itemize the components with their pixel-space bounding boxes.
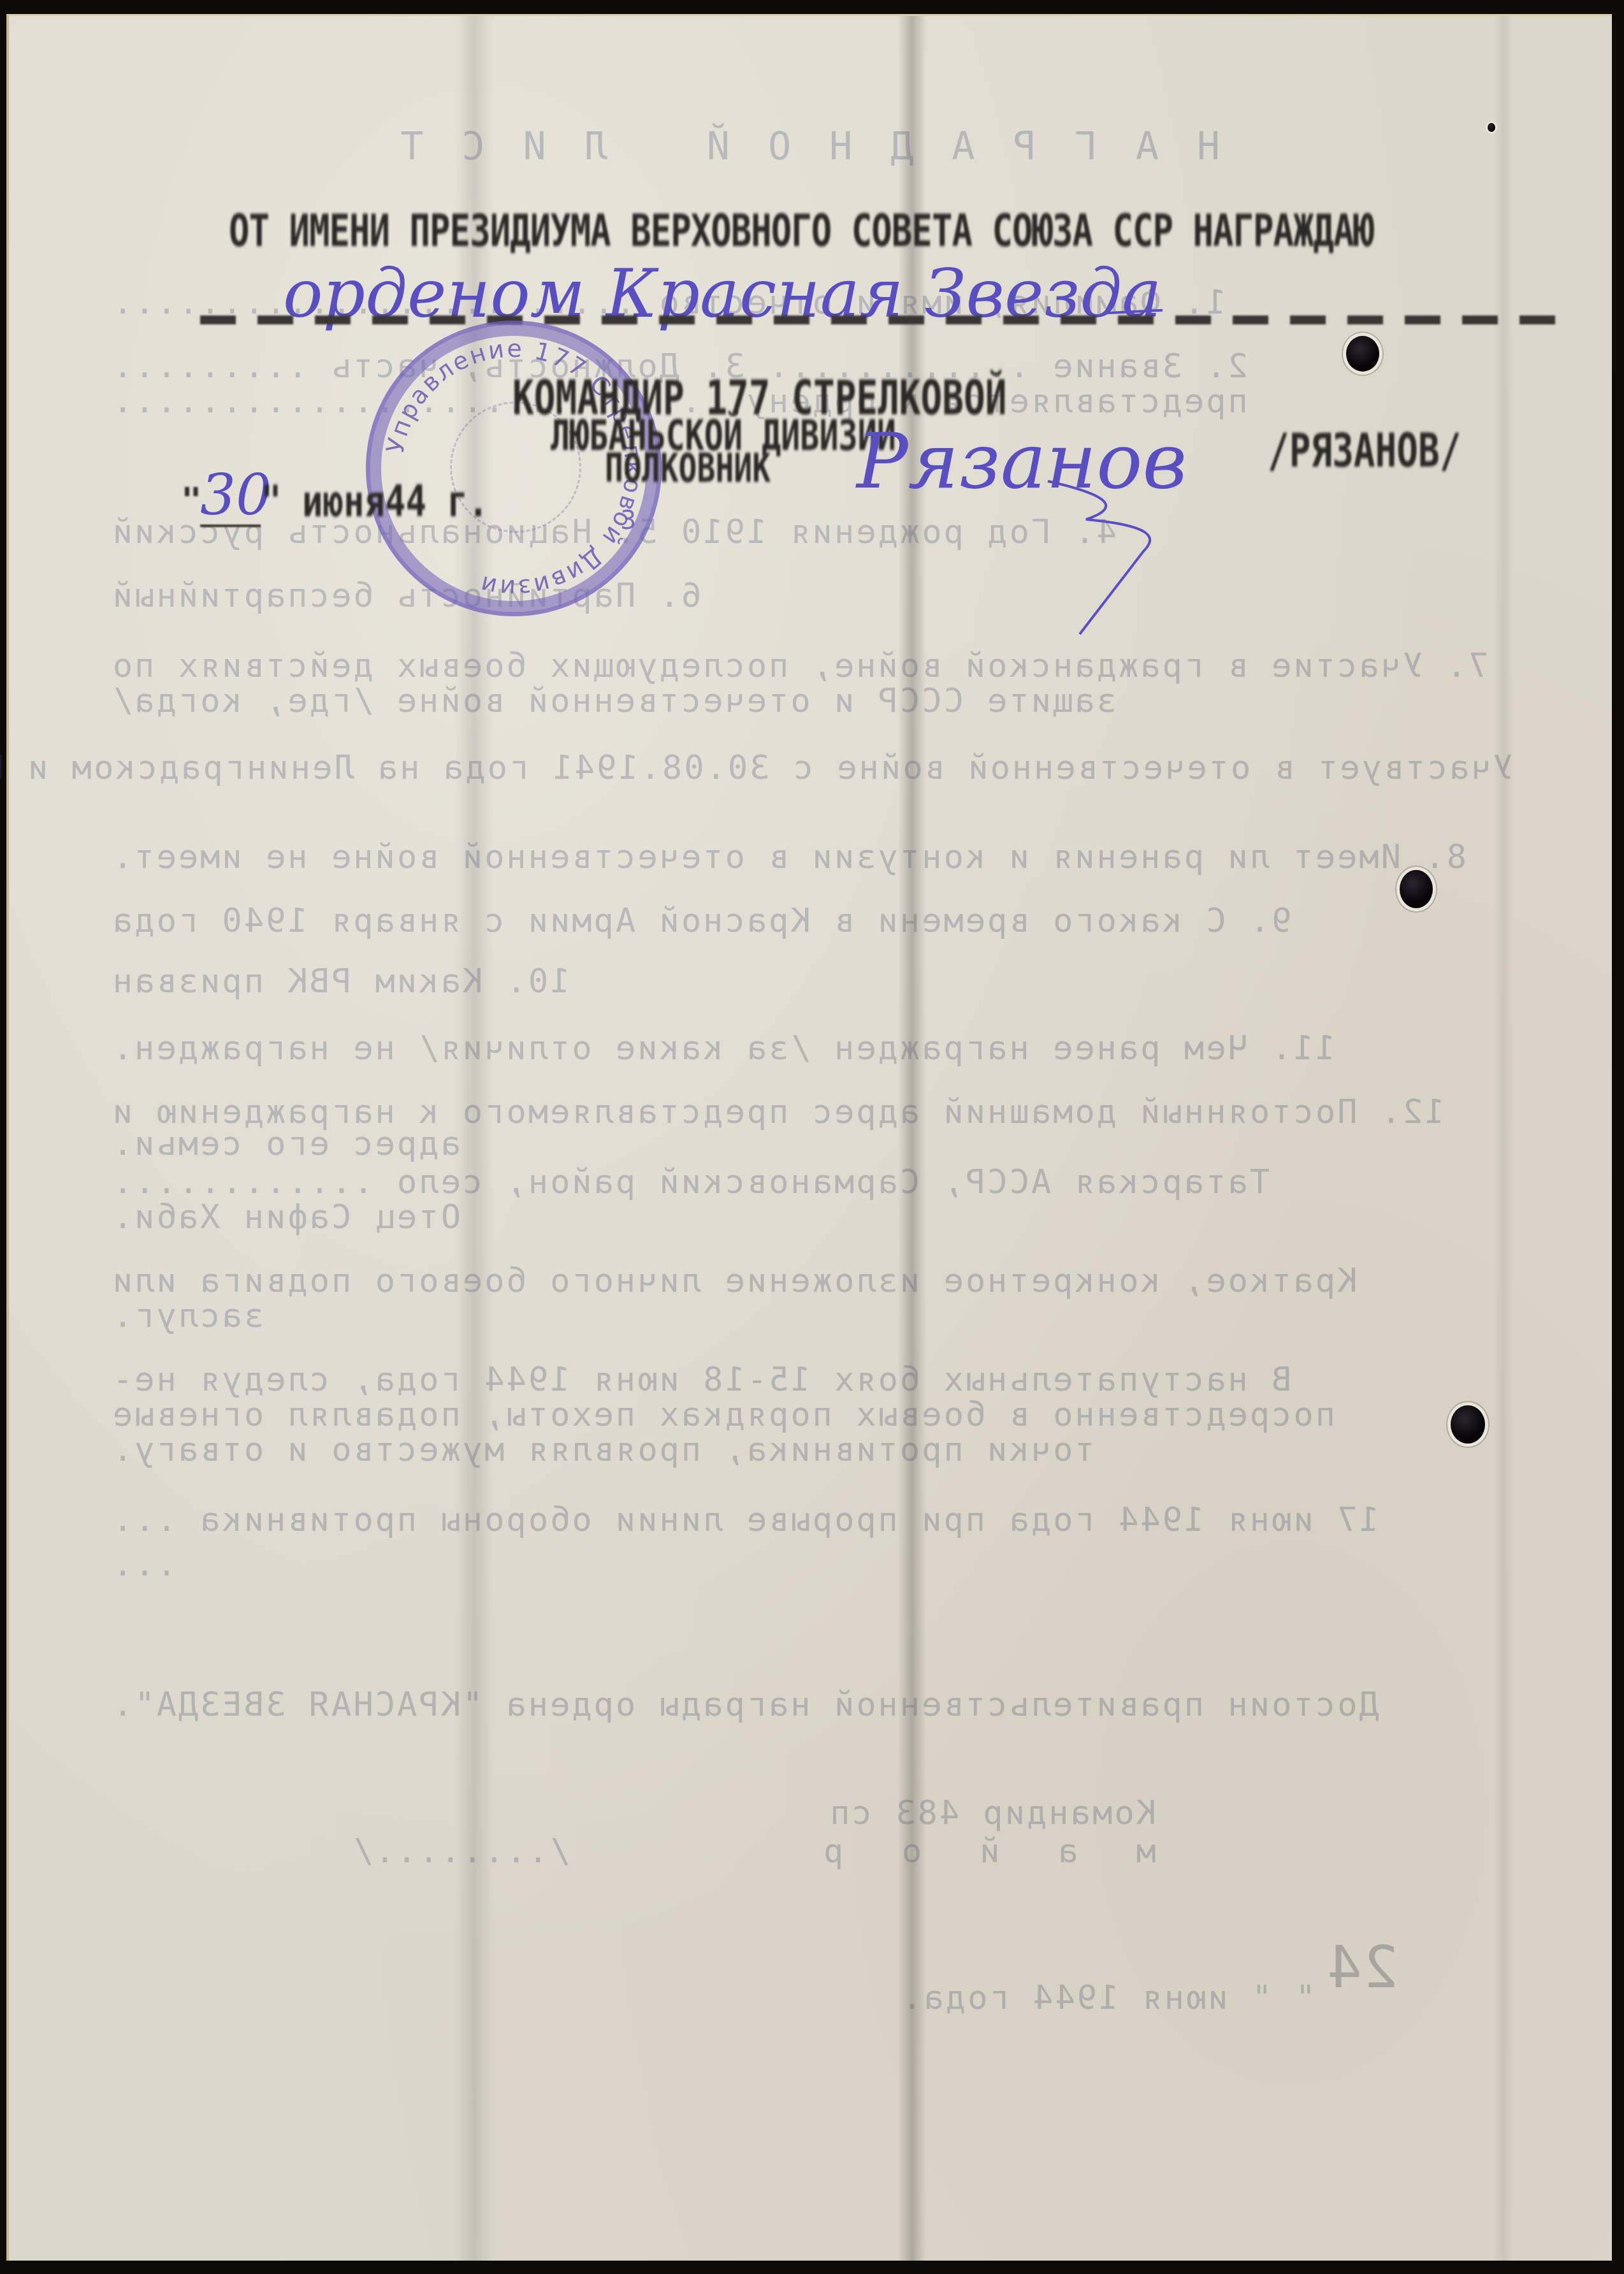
show-through-line: 9. С какого времени в Красной Армии с ян… <box>111 902 1513 940</box>
show-through-signature-name: /......../ <box>251 1832 570 1871</box>
show-through-signature-rank: м а й о р <box>646 1832 1156 1871</box>
signature-flourish <box>1029 475 1194 641</box>
show-through-line: ... <box>111 1546 1513 1584</box>
commander-rank: ПОЛКОВНИК <box>605 445 771 492</box>
dashed-rule <box>200 315 1558 324</box>
show-through-line: В наступательных боях 15-18 июня 1944 го… <box>111 1361 1513 1399</box>
show-through-day-handwritten: 24 <box>1322 1934 1398 2001</box>
show-through-date: " " июня 1944 года. <box>806 1979 1316 2017</box>
show-through-line: Отец Сафин Хаби. <box>111 1198 1513 1236</box>
date-quote-open: " <box>181 480 202 520</box>
show-through-line: 10. Каким РВК призван <box>111 962 1513 1001</box>
show-through-line: 11. Чем ранее награжден /за какие отличи… <box>111 1029 1513 1068</box>
show-through-line: 17 июня 1944 года при прорыве линии обор… <box>111 1501 1513 1539</box>
svg-text:3: 3 <box>620 506 636 535</box>
show-through-line: точки противника, проявляя мужество и от… <box>111 1431 1513 1469</box>
show-through-line: Татарская АССР, Сармановский район, село… <box>111 1163 1513 1201</box>
show-through-line: заслуг. <box>111 1297 1513 1335</box>
show-through-line: Участвует в отечественной войне с 30.08.… <box>111 749 1513 787</box>
document-page: НАГРАДНОЙ ЛИСТ 1. Фамилия, имя и отчеств… <box>6 14 1612 2261</box>
show-through-line: 7. Участие в гражданской войне, последую… <box>111 647 1513 685</box>
show-through-heading: НАГРАДНОЙ ЛИСТ <box>391 124 1220 169</box>
show-through-line: адрес его семьи. <box>111 1125 1513 1163</box>
award-heading-stamp: ОТ ИМЕНИ ПРЕЗИДИУМА ВЕРХОВНОГО СОВЕТА СО… <box>229 205 1374 257</box>
show-through-line: 6. Партийность беспартийный <box>111 577 1513 615</box>
date-month-year: " июня44 г. <box>261 476 489 526</box>
pin-hole <box>1488 123 1495 132</box>
show-through-line: посредственно в боевых порядках пехоты, … <box>111 1396 1513 1434</box>
commander-name: /РЯЗАНОВ/ <box>1268 424 1461 478</box>
show-through-signature-title: Командир 483 сп <box>646 1794 1156 1832</box>
date-underline <box>200 525 261 527</box>
show-through-line: Достоин правительственной награды ордена… <box>111 1686 1513 1724</box>
show-through-line: защите СССР и отечественной войне /где, … <box>111 682 1513 720</box>
show-through-line: Краткое, конкретное изложение личного бо… <box>111 1262 1513 1300</box>
show-through-line: 8. Имеет ли ранения и контузии в отечест… <box>111 838 1513 876</box>
